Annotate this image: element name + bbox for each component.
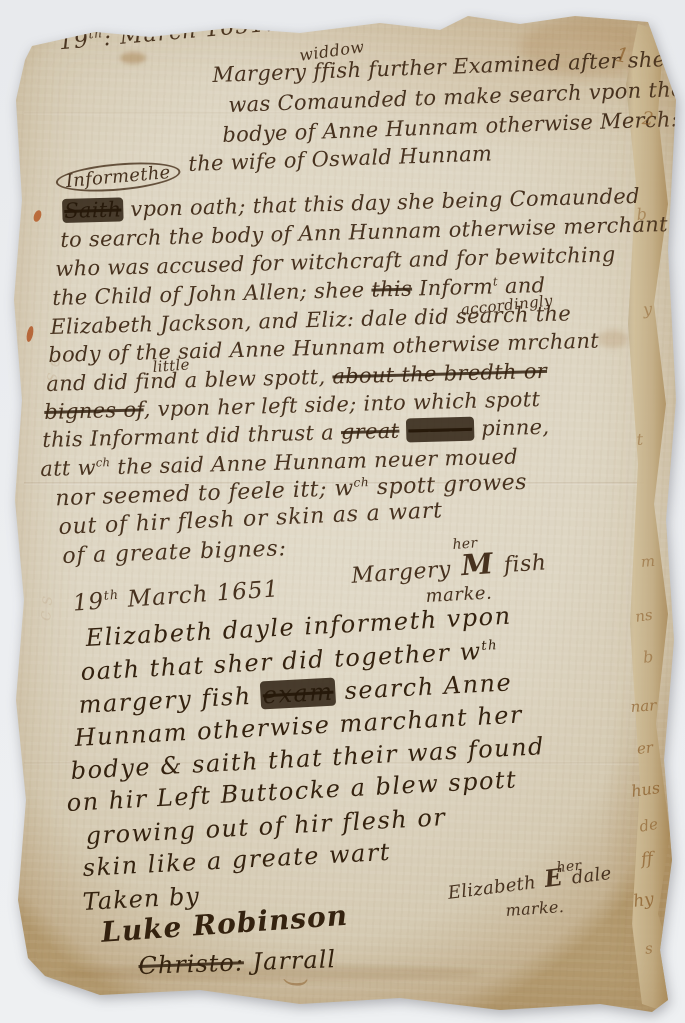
photo-background: { "page": { "background_color": "#e9ebee…	[0, 0, 685, 1023]
manuscript-line: body of the said Anne Hunnam otherwise m…	[48, 329, 599, 367]
manuscript-line: Hunnam otherwise marchant her	[74, 701, 524, 752]
manuscript-line: little	[152, 355, 190, 376]
text-segment: Margery	[351, 557, 460, 589]
manuscript-line: bodye of Anne Hunnam otherwise Merch:	[222, 107, 679, 147]
ink-stain	[32, 209, 43, 223]
manuscript-line: the wife of Oswald Hunnam	[188, 141, 493, 176]
text-segment: Inform	[412, 274, 494, 300]
text-segment: the said Anne Hunnam neuer moued	[110, 444, 518, 479]
manuscript-photo: 19th: March 1651.widdowMargery ffish fur…	[0, 0, 685, 1023]
text-segment-sup: ch	[353, 475, 369, 490]
text-segment: marke.	[425, 583, 493, 607]
manuscript-line: Taken by	[82, 882, 201, 916]
text-segment: bodye & saith that their was found	[70, 732, 546, 785]
text-segment: search Anne	[335, 668, 513, 705]
text-segment: growing out of hir flesh or	[85, 803, 447, 850]
text-segment: 19	[58, 28, 90, 56]
text-segment: Hunnam otherwise marchant her	[74, 701, 524, 752]
ink-stain	[25, 326, 34, 343]
margin-fragment: s	[644, 939, 654, 958]
text-segment: Elizabeth Jackson, and Eliz: dale did se…	[50, 301, 571, 339]
text-segment: her	[452, 535, 478, 553]
text-segment: and did find a blew spott,	[46, 365, 333, 396]
manuscript-line: marke.	[425, 583, 493, 607]
manuscript-line: 19th: March 1651.	[58, 11, 274, 55]
text-segment: and	[498, 273, 546, 298]
text-segment: dale	[565, 863, 613, 889]
manuscript-line: this Informant did thrust a great ——— pi…	[42, 415, 550, 452]
text-segment: to search the body of Ann Hunnam otherwi…	[60, 212, 668, 252]
text-segment: of a greate bignes:	[62, 536, 287, 569]
manuscript-line: att wch the said Anne Hunnam neuer moued	[40, 444, 518, 480]
margin-fragment: ns	[634, 606, 654, 626]
text-segment-strike: bignes of	[44, 397, 144, 424]
text-segment-sup: t	[493, 274, 498, 288]
text-segment: Margery ffish further Examined after she…	[212, 47, 678, 87]
manuscript-line: growing out of hir flesh or	[85, 803, 447, 850]
margin-fragment: er	[636, 738, 654, 758]
margin-fragment: hus	[630, 778, 661, 801]
manuscript-line: bignes of, vpon her left side; into whic…	[44, 387, 540, 424]
margin-fragment: nar	[630, 696, 657, 716]
manuscript-line: her	[556, 858, 582, 876]
paper-folded-edge	[624, 24, 676, 1012]
text-segment: pinne,	[474, 415, 550, 441]
text-segment: margery fish	[78, 681, 261, 718]
text-segment: Taken by	[82, 882, 201, 916]
paper-stain	[60, 965, 480, 981]
paper-stain	[120, 52, 146, 64]
text-segment-mark: M	[457, 546, 497, 583]
text-segment-sup: th	[481, 638, 499, 654]
text-segment: this Informant did thrust a	[42, 420, 341, 452]
text-segment: spott growes	[369, 470, 528, 500]
manuscript-line: margery fish exam search Anne	[78, 668, 513, 719]
margin-fragment: y	[642, 299, 653, 319]
text-segment: Luke Robinson	[100, 899, 349, 949]
text-segment: the wife of Oswald Hunnam	[188, 141, 493, 176]
manuscript-line: Elizabeth dayle informeth vpon	[85, 602, 512, 652]
manuscript-line: 19th March 1651	[72, 576, 280, 617]
text-segment: was Comaunded to make search vpon the	[228, 77, 684, 117]
text-segment: March 1651	[118, 576, 280, 613]
margin-fragment: )	[280, 975, 311, 990]
text-segment: her	[556, 858, 582, 876]
text-segment: : March 1651.	[103, 12, 275, 52]
margin-fragment: b	[636, 204, 648, 224]
manuscript-line: who was accused for witchcraft and for b…	[55, 242, 616, 281]
text-segment-blot: Saith	[62, 197, 124, 223]
manuscript-line: Saith vpon oath; that this day she being…	[62, 184, 640, 223]
margin-fragment: c s	[34, 595, 57, 622]
margin-fragment: s e	[40, 355, 65, 384]
text-segment: accordingly	[460, 291, 554, 319]
text-segment	[399, 418, 407, 442]
text-segment: 19	[72, 588, 105, 616]
text-segment: vpon oath; that this day she being Comau…	[123, 184, 640, 222]
text-segment: oath that sher did together w	[80, 637, 482, 686]
manuscript-line: nor seemed to feele itt; wch spott growe…	[55, 470, 527, 512]
fold-crease	[24, 762, 644, 765]
fold-crease	[24, 112, 644, 115]
text-segment: bodye of Anne Hunnam otherwise Merch:	[222, 107, 679, 147]
margin-fragment: 1	[614, 42, 631, 68]
text-segment-blot: ———	[406, 417, 475, 443]
manuscript-line: Luke Robinson	[100, 899, 349, 949]
text-segment-strike: Christo:	[138, 948, 244, 980]
paper-stain	[598, 330, 628, 348]
manuscript-line: oath that sher did together wth	[80, 636, 499, 686]
margin-fragment: b	[642, 647, 654, 667]
manuscript-line: Margery ffish further Examined after she…	[212, 47, 678, 87]
manuscript-line: bodye & saith that their was found	[70, 732, 546, 785]
text-segment: body of the said Anne Hunnam otherwise m…	[48, 329, 599, 367]
text-segment: on hir Left Buttocke a blew spott	[66, 765, 518, 817]
text-segment-strike: about the bredth or	[332, 359, 547, 389]
text-segment: marke.	[505, 897, 565, 920]
manuscript-line: of a greate bignes:	[62, 536, 287, 569]
margin-fragment: m	[640, 552, 656, 571]
manuscript-line: her	[452, 535, 478, 553]
text-segment: , vpon her left side; into which spott	[143, 387, 540, 421]
manuscript-line: Margery M fish	[350, 542, 547, 590]
margin-fragment: t	[636, 430, 644, 449]
text-segment: Elizabeth	[447, 871, 543, 903]
manuscript-line: to search the body of Ann Hunnam otherwi…	[60, 212, 668, 252]
margin-fragment: 2	[641, 108, 654, 130]
manuscript-line: Elizabeth E dale	[446, 857, 613, 905]
manuscript-line: out of hir flesh or skin as a wart	[58, 498, 443, 540]
text-segment-sup: th	[103, 587, 119, 603]
text-segment-circled: Informethe	[55, 158, 182, 196]
manuscript-line: skin like a greate wart	[82, 838, 392, 882]
manuscript-line: Informethe	[55, 161, 181, 193]
manuscript-line: accordingly	[460, 291, 554, 319]
text-segment: nor seemed to feele itt; w	[55, 476, 354, 511]
text-segment: who was accused for witchcraft and for b…	[55, 242, 616, 281]
manuscript-line: was Comaunded to make search vpon the	[228, 77, 684, 117]
text-segment: widdow	[298, 37, 366, 65]
text-segment: fish	[496, 550, 548, 578]
text-segment-strike: great	[341, 419, 400, 445]
text-segment: Jarrall	[243, 945, 336, 976]
paper-stain	[520, 18, 650, 78]
fold-crease	[24, 482, 644, 485]
manuscript-line: and did find a blew spott, about the bre…	[46, 359, 547, 396]
margin-fragment: ff	[640, 849, 654, 870]
manuscript-line: on hir Left Buttocke a blew spott	[66, 765, 518, 817]
manuscript-line: the Child of John Allen; shee this Infor…	[52, 273, 546, 310]
text-segment: out of hir flesh or skin as a wart	[58, 498, 443, 540]
text-segment: att w	[40, 456, 96, 481]
text-segment: skin like a greate wart	[82, 838, 392, 882]
text-segment-mark: E	[540, 863, 567, 894]
text-segment: little	[152, 355, 190, 376]
margin-fragment: de	[638, 815, 659, 836]
text-segment: the Child of John Allen; shee	[52, 278, 372, 310]
manuscript-line: Christo: Jarrall	[138, 945, 336, 980]
manuscript-line: marke.	[505, 897, 565, 920]
manuscript-paper: 19th: March 1651.widdowMargery ffish fur…	[0, 0, 685, 1023]
text-segment-strike: this	[371, 277, 412, 302]
manuscript-line: widdow	[298, 37, 366, 65]
manuscript-line: Elizabeth Jackson, and Eliz: dale did se…	[50, 301, 571, 339]
text-segment-sup: th	[88, 26, 104, 41]
text-segment: Elizabeth dayle informeth vpon	[85, 602, 512, 652]
text-segment-blot: exam	[260, 678, 336, 710]
margin-fragment: hy	[632, 889, 655, 912]
text-segment-sup: ch	[96, 455, 111, 469]
